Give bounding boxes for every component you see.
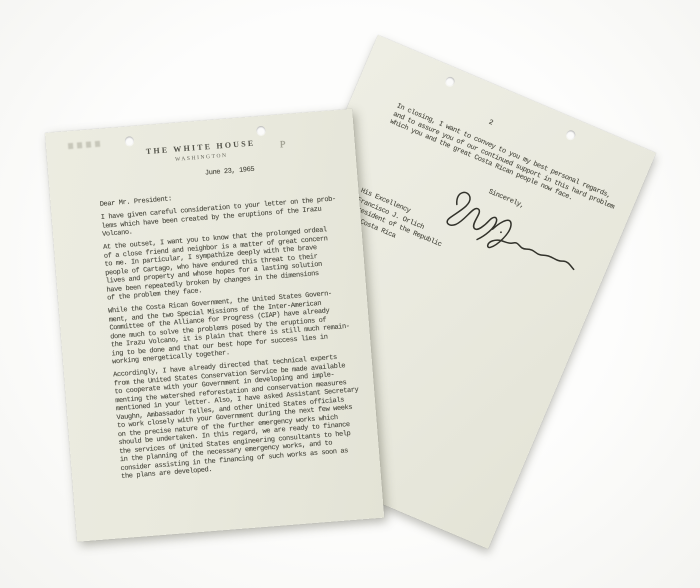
paragraph-4: Accordingly, I have already directed tha…	[113, 352, 371, 482]
faint-pencil-marks	[68, 140, 104, 149]
punch-hole	[565, 129, 577, 141]
signature-dot	[500, 231, 502, 233]
punch-hole	[125, 136, 135, 146]
photo-of-letter: 2 In closing, I want to convey to you my…	[0, 0, 700, 588]
faint-p-stamp: P	[280, 139, 286, 150]
text-line: In closing, I want to convey to you my b…	[395, 102, 630, 208]
signature-stroke	[445, 190, 502, 244]
punch-hole	[444, 75, 456, 87]
signature-stroke	[486, 216, 582, 277]
letter-body: Dear Mr. President: I have given careful…	[99, 181, 371, 486]
punch-hole	[256, 126, 266, 136]
letter-page-1: THE WHITE HOUSE WASHINGTON P June 23, 19…	[45, 109, 384, 542]
